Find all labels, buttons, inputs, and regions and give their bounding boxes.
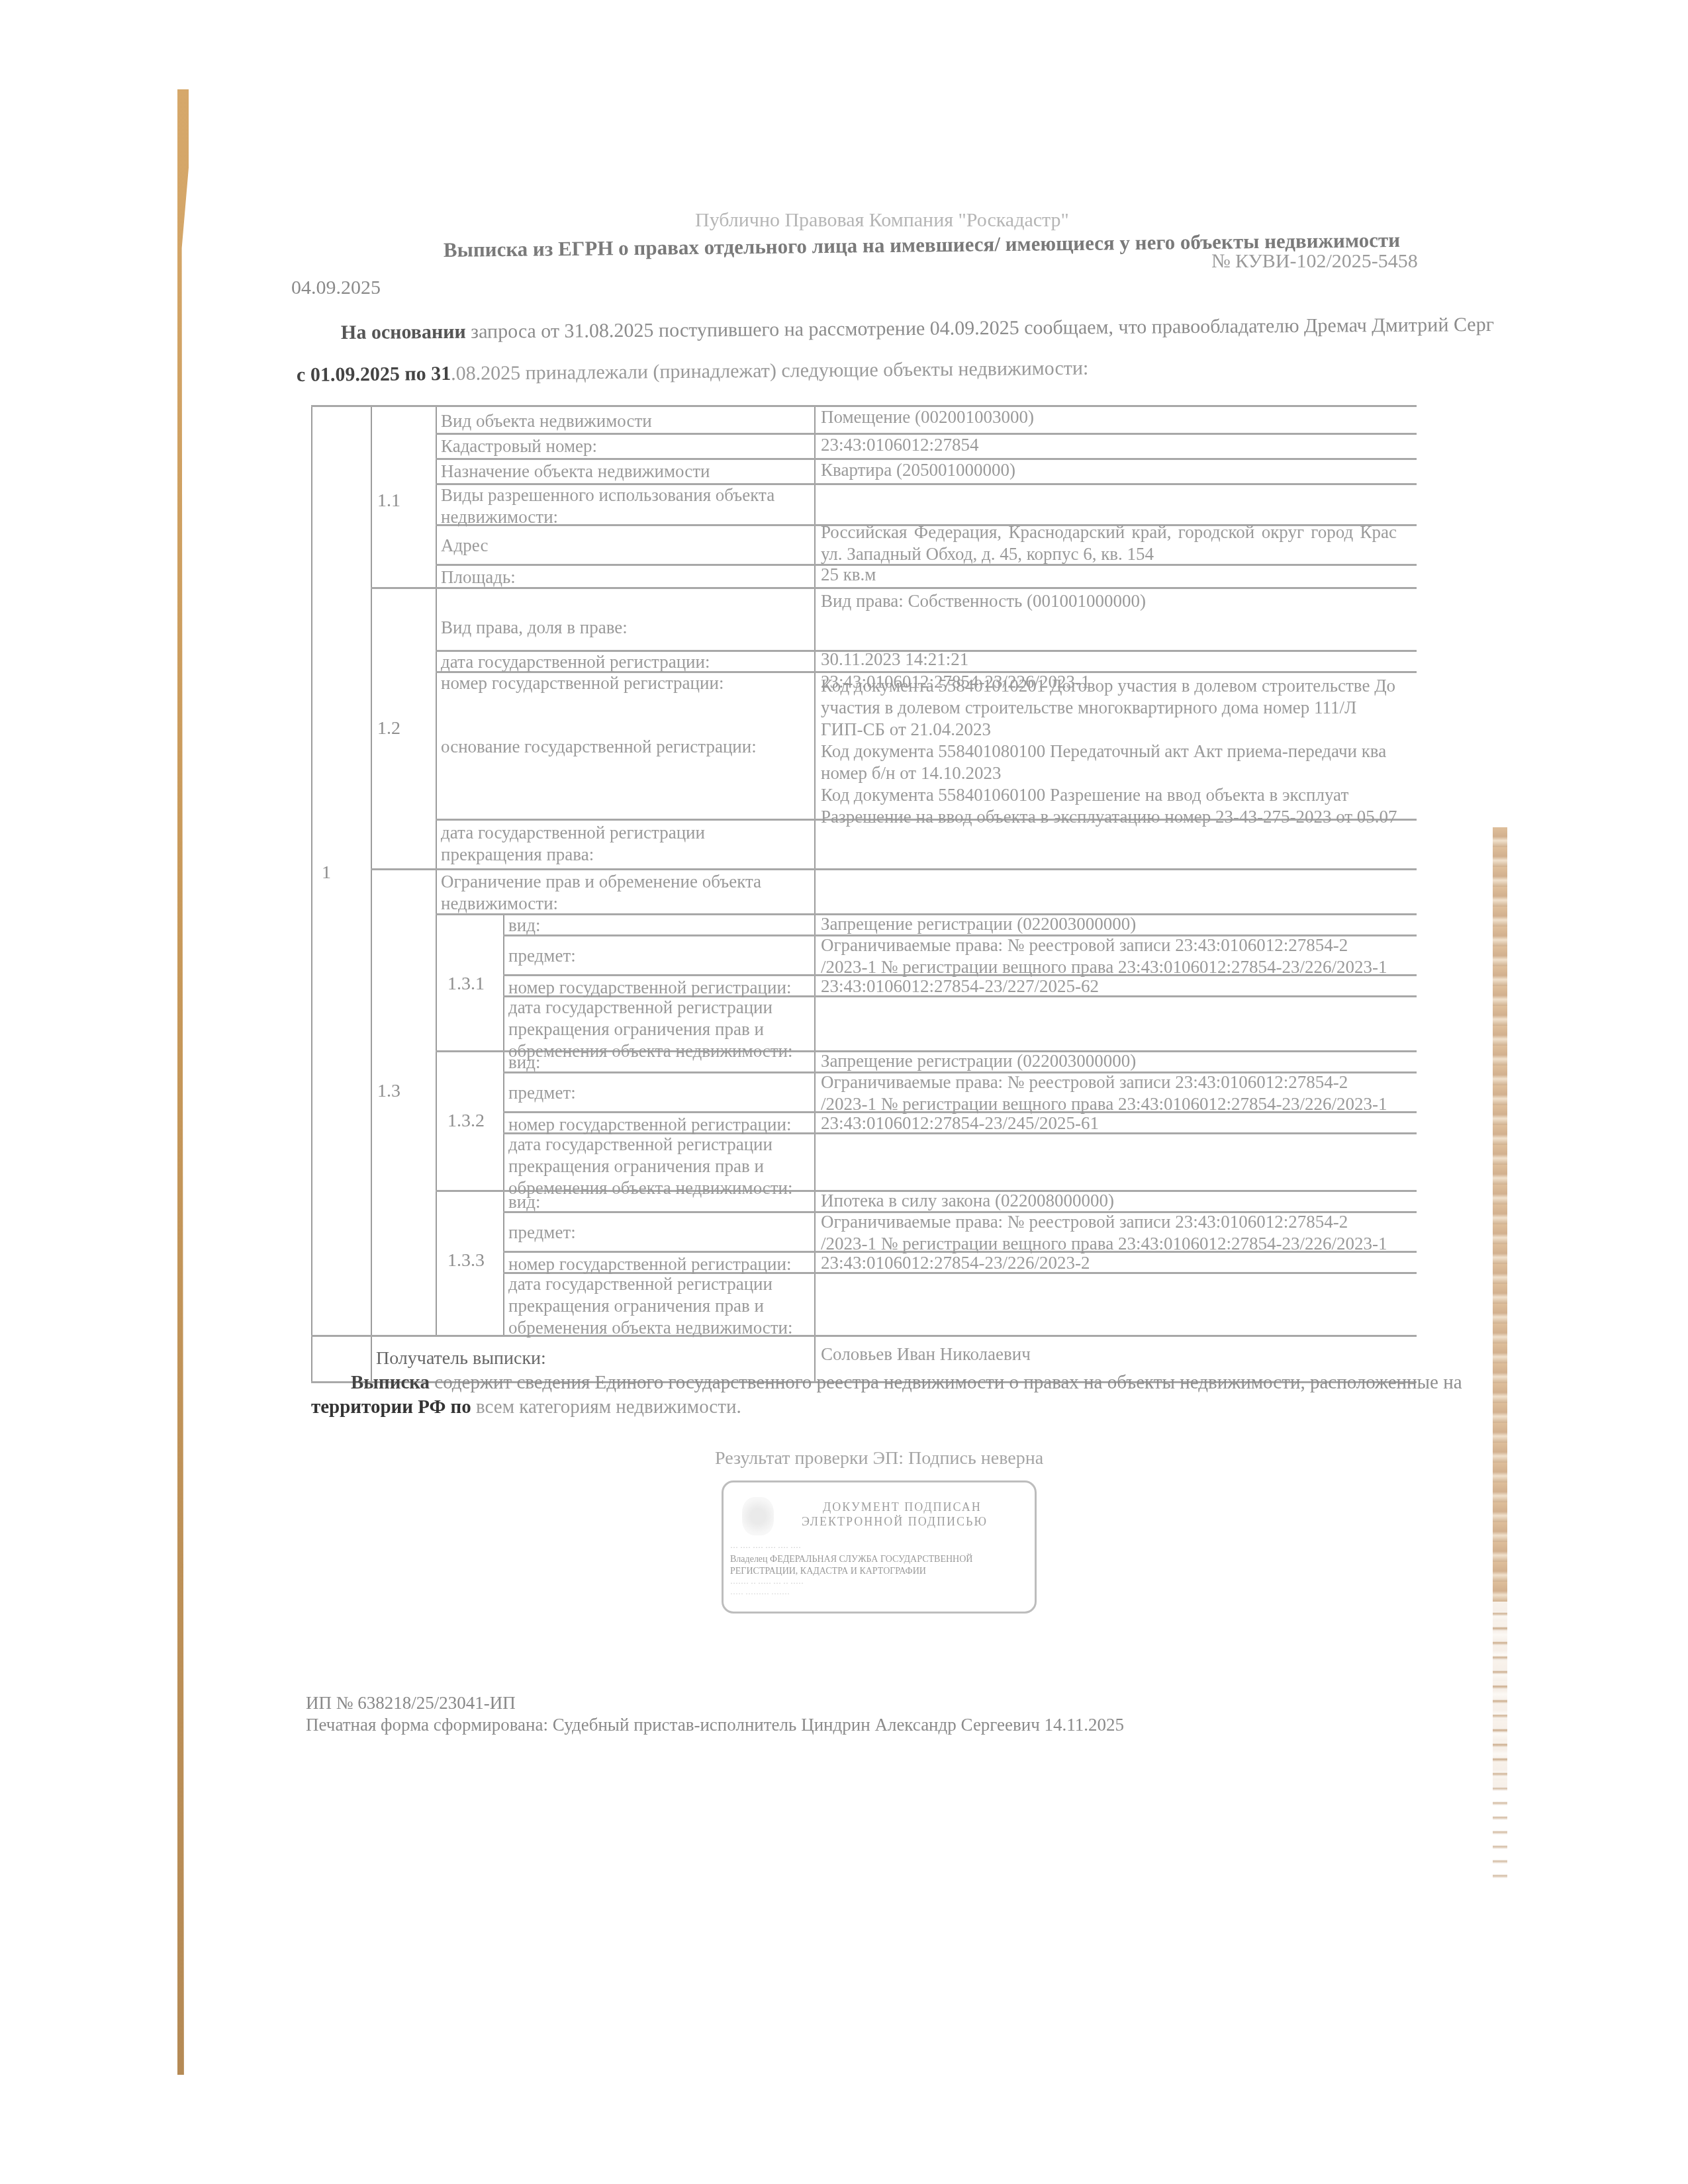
label-predmet: предмет: (508, 1222, 576, 1244)
label-recipient: Получатель выписки: (376, 1347, 546, 1369)
printed-by-line: Печатная форма сформирована: Судебный пр… (306, 1716, 1124, 1734)
predmet-line: Ограничиваемые права: № реестровой запис… (821, 934, 1410, 956)
extract-note-line1: Выписка содержит сведения Единого госуда… (351, 1373, 1462, 1392)
value-predmet: Ограничиваемые права: № реестровой запис… (821, 1071, 1410, 1115)
item-number-1-3-2: 1.3.2 (447, 1110, 485, 1132)
note-bold: территории РФ по (311, 1396, 471, 1418)
stamp-validity-line: ······· ·· ····· ··· ·· ····· (730, 1579, 804, 1587)
value-cadastral-number: 23:43:0106012:27854 (821, 434, 1410, 456)
electronic-signature-stamp: ДОКУМЕНТ ПОДПИСАН ЭЛЕКТРОННОЙ ПОДПИСЬЮ ·… (722, 1480, 1037, 1614)
basis-line: ГИП-СБ от 21.04.2023 (821, 719, 1410, 741)
value-reg-number: 23:43:0106012:27854-23/245/2025-61 (821, 1113, 1410, 1134)
organization-name: Публично Правовая Компания "Роскадастр" (695, 210, 1069, 230)
value-vid: Запрещение регистрации (022003000000) (821, 913, 1410, 935)
basis-line: Код документа 558401080100 Передаточный … (821, 741, 1410, 762)
emblem-icon (742, 1497, 774, 1535)
stamp-extra-line: ····· ········· ······· (730, 1590, 790, 1598)
label-registration-number: номер государственной регистрации: (441, 672, 808, 694)
extract-note-line2: территории РФ по всем категориям недвижи… (311, 1398, 741, 1417)
value-predmet: Ограничиваемые права: № реестровой запис… (821, 1211, 1410, 1255)
stamp-owner-line-2: РЕГИСТРАЦИИ, КАДАСТРА И КАРТОГРАФИИ (730, 1567, 926, 1576)
value-registration-date: 30.11.2023 14:21:21 (821, 649, 1410, 670)
label-reg-number: номер государственной регистрации: (508, 1114, 810, 1136)
label-object-type: Вид объекта недвижимости (441, 410, 808, 432)
label-termination: дата государственной регистрации прекращ… (508, 997, 810, 1062)
intro-bold: На основании (341, 321, 466, 343)
label-termination-date: дата государственной регистрации прекращ… (441, 822, 808, 866)
stamp-heading-2: ЭЛЕКТРОННОЙ ПОДПИСЬЮ (802, 1516, 988, 1527)
section-number-1-2: 1.2 (377, 717, 400, 739)
label-reg-number: номер государственной регистрации: (508, 1253, 810, 1275)
value-object-type: Помещение (002001003000) (821, 406, 1410, 428)
label-address: Адрес (441, 535, 808, 557)
item-number-1-3-1: 1.3.1 (447, 973, 485, 995)
value-area: 25 кв.м (821, 564, 1410, 586)
signature-check-result: Результат проверки ЭП: Подпись неверна (715, 1449, 1043, 1468)
label-right-type: Вид права, доля в праве: (441, 617, 808, 639)
label-vid: вид: (508, 1052, 540, 1073)
period-bold: с 01.09.2025 по 31 (297, 363, 451, 386)
label-termination: дата государственной регистрации прекращ… (508, 1134, 810, 1199)
value-vid: Ипотека в силу закона (022008000000) (821, 1190, 1410, 1212)
label-cadastral-number: Кадастровый номер: (441, 435, 808, 457)
document-number: № КУВИ-102/2025-5458 (1211, 251, 1418, 271)
label-predmet: предмет: (508, 1082, 576, 1104)
note-text: содержит сведения Единого государственно… (430, 1372, 1462, 1393)
label-registration-basis: основание государственной регистрации: (441, 736, 808, 758)
section-number-1-3: 1.3 (377, 1080, 400, 1102)
label-reg-number: номер государственной регистрации: (508, 977, 810, 999)
label-termination: дата государственной регистрации прекращ… (508, 1273, 810, 1339)
basis-line: номер б/н от 14.10.2023 (821, 762, 1410, 784)
basis-line: Разрешение на ввод объекта в эксплуатаци… (821, 806, 1410, 828)
label-encumbrance: Ограничение прав и обременение объекта н… (441, 871, 785, 915)
predmet-line: Ограничиваемые права: № реестровой запис… (821, 1071, 1410, 1093)
basis-line: участия в долевом строительстве многоква… (821, 697, 1410, 719)
note-bold: Выписка (351, 1372, 430, 1393)
basis-line: Код документа 558401010201 Договор участ… (821, 675, 1410, 697)
value-purpose: Квартира (205001000000) (821, 459, 1410, 481)
value-registration-basis: Код документа 558401010201 Договор участ… (821, 675, 1410, 828)
stamp-heading-1: ДОКУМЕНТ ПОДПИСАН (823, 1501, 982, 1513)
label-area: Площадь: (441, 567, 808, 588)
property-table: 1 1.1 1.2 1.3 Вид объекта недвижимости П… (311, 405, 1417, 1381)
enforcement-case-number: ИП № 638218/25/23041-ИП (306, 1694, 516, 1712)
note-text: всем категориям недвижимости. (471, 1396, 741, 1418)
stamp-certificate-line: ··· ···· ···· ···· ···· ···· (730, 1543, 801, 1551)
label-vid: вид: (508, 915, 540, 936)
item-number-1-3-3: 1.3.3 (447, 1250, 485, 1271)
value-address: Российская Федерация, Краснодарский край… (821, 522, 1397, 565)
label-permitted-use: Виды разрешенного использования объекта … (441, 484, 785, 528)
document-date: 04.09.2025 (291, 278, 381, 298)
value-predmet: Ограничиваемые права: № реестровой запис… (821, 934, 1410, 978)
value-reg-number: 23:43:0106012:27854-23/227/2025-62 (821, 976, 1410, 997)
value-recipient: Соловьев Иван Николаевич (821, 1343, 1410, 1365)
value-vid: Запрещение регистрации (022003000000) (821, 1050, 1410, 1072)
section-number-1-1: 1.1 (377, 490, 400, 512)
label-purpose: Назначение объекта недвижимости (441, 461, 808, 482)
label-registration-date: дата государственной регистрации: (441, 651, 808, 673)
value-reg-number: 23:43:0106012:27854-23/226/2023-2 (821, 1252, 1410, 1274)
row-number: 1 (322, 862, 331, 884)
stamp-owner-line-1: Владелец ФЕДЕРАЛЬНАЯ СЛУЖБА ГОСУДАРСТВЕН… (730, 1555, 972, 1565)
basis-line: Код документа 558401060100 Разрешение на… (821, 784, 1410, 806)
value-right-type: Вид права: Собственность (001001000000) (821, 590, 1410, 612)
label-predmet: предмет: (508, 945, 576, 967)
predmet-line: Ограничиваемые права: № реестровой запис… (821, 1211, 1410, 1233)
label-vid: вид: (508, 1191, 540, 1213)
